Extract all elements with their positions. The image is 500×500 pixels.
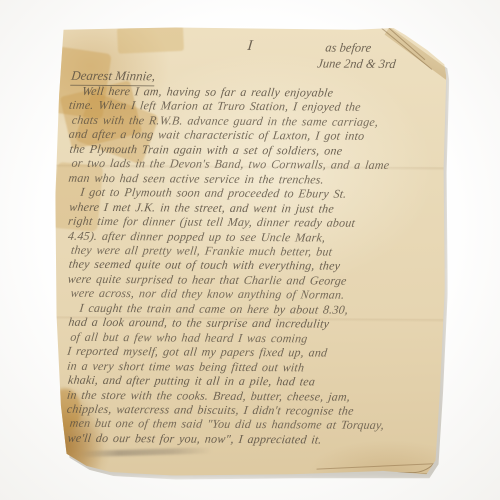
letter-body: Well here I am, having so far a really e…: [67, 84, 442, 448]
letter-photograph: I as before June 2nd & 3rd Dearest Minni…: [0, 0, 500, 500]
letter-line: we'll do our best for you, now", I appre…: [67, 431, 440, 448]
crease-line: [386, 25, 426, 60]
annotation-text: as before: [325, 41, 372, 56]
page-number: I: [246, 38, 253, 55]
date-line: June 2nd & 3rd: [316, 56, 396, 72]
tape-stain: [117, 25, 184, 54]
letter-sheet: I as before June 2nd & 3rd Dearest Minni…: [52, 26, 447, 478]
folded-corner: [384, 27, 448, 81]
